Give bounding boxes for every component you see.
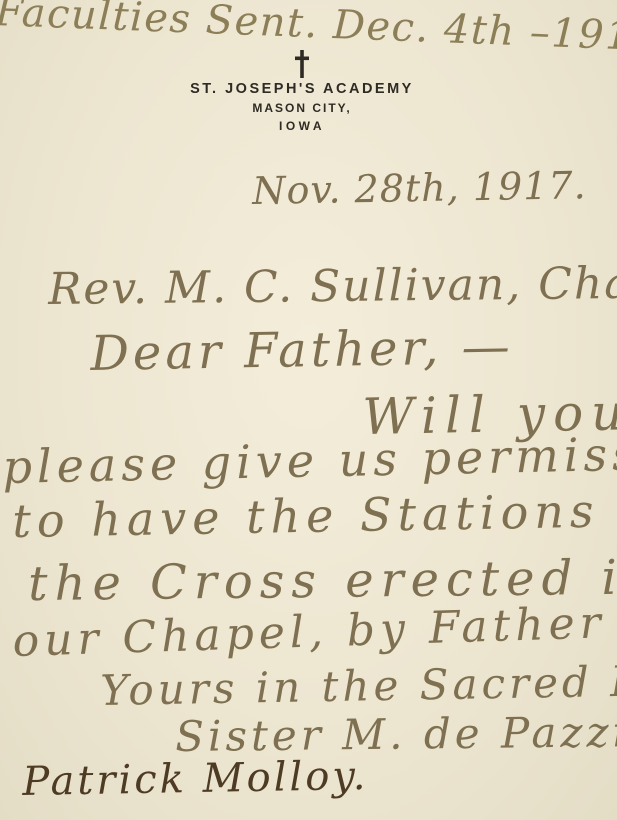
countersignature-line: Patrick Molloy.	[22, 756, 369, 802]
letterhead-city: MASON CITY,	[0, 101, 604, 115]
letterhead-state: IOWA	[0, 119, 604, 133]
body-line-2: please give us permission	[2, 429, 617, 490]
body-line-3: to have the Stations of	[12, 486, 617, 544]
latin-cross-icon	[295, 50, 309, 78]
letterhead-academy-name: ST. JOSEPH'S ACADEMY	[0, 81, 604, 97]
signature-line: Sister M. de Pazzi.	[175, 711, 617, 758]
closing-line: Yours in the Sacred Hear	[100, 659, 617, 712]
salutation-line: Dear Father, —	[90, 323, 514, 378]
letterhead: ST. JOSEPH'S ACADEMY MASON CITY, IOWA	[0, 50, 604, 133]
recipient-line: Rev. M. C. Sullivan, Chance	[48, 261, 617, 312]
date-line: Nov. 28th, 1917.	[252, 166, 587, 210]
letter-scan-page: Faculties Sent. Dec. 4th –1917. ST. JOSE…	[0, 0, 617, 820]
